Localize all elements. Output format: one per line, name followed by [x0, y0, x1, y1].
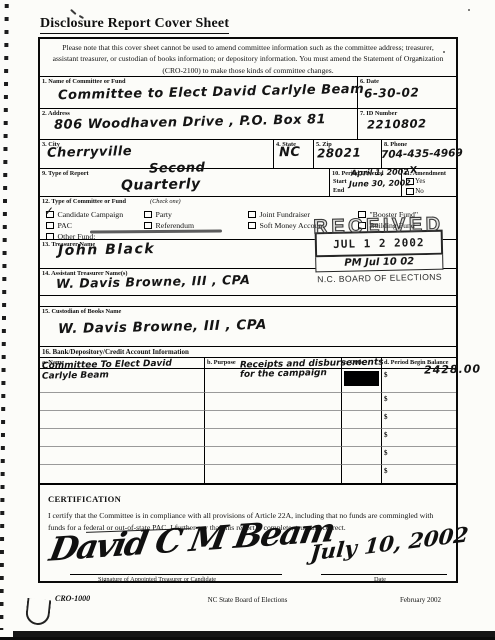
table-cell-empty [40, 393, 205, 411]
period-start-label: Start [333, 178, 347, 185]
redaction-box [344, 371, 379, 386]
report-type-value-line1: Second [149, 160, 206, 176]
table-cell-empty [342, 393, 382, 411]
option-column-2: Party Referendum [144, 209, 194, 231]
amendment-yes-mark: X [410, 165, 418, 176]
checkbox [144, 222, 152, 230]
table-cell-empty [342, 429, 382, 447]
table-cell-balance: $ [382, 447, 456, 465]
bank-balance-value: 2428.00 [424, 362, 481, 376]
footer-date: February 2002 [400, 596, 441, 604]
option-candidate-campaign: Candidate Campaign✓ [46, 209, 123, 220]
checkbox [46, 222, 54, 230]
option-label: Candidate Campaign [58, 210, 124, 219]
dollar-sign: $ [384, 413, 388, 421]
table-cell-empty [205, 447, 342, 465]
dollar-sign: $ [384, 449, 388, 457]
date-line [321, 574, 447, 575]
footer-agency: NC State Board of Elections [160, 596, 335, 604]
instruction-note: Please note that this cover sheet cannot… [40, 39, 456, 77]
option-column-1: Candidate Campaign✓ PAC Other Fund: [46, 209, 123, 242]
table-cell-empty [40, 411, 205, 429]
option-label: Party [156, 210, 172, 219]
stamp-handwritten-time: PM Jul 10 02 [315, 255, 443, 273]
table-cell-code [342, 369, 382, 393]
period-end-label: End [333, 187, 344, 194]
field-label: 12. Type of Committee or Fund [42, 198, 126, 205]
date-caption: Date [374, 576, 386, 583]
table-cell-empty [205, 393, 342, 411]
checkbox [248, 211, 256, 219]
yes-label: Yes [415, 177, 425, 185]
scanned-document-page: Disclosure Report Cover Sheet Please not… [0, 0, 495, 640]
binder-hole-marks [0, 4, 9, 630]
table-cell-empty [342, 465, 382, 483]
checkbox-no [406, 188, 414, 196]
field-label: 8. Phone [384, 141, 407, 148]
scan-speck [468, 9, 470, 11]
table-cell-empty [205, 411, 342, 429]
certification-heading: CERTIFICATION [48, 494, 121, 504]
table-cell-empty [205, 465, 342, 483]
handwritten-check-mark: ✓ [44, 204, 54, 218]
table-cell-balance: $ [382, 429, 456, 447]
table-cell-balance: $ [382, 411, 456, 429]
option-label: Referendum [156, 221, 195, 230]
city-value: Cherryville [47, 144, 132, 161]
phone-value: 704-435-4969 [381, 147, 463, 161]
page-title: Disclosure Report Cover Sheet [40, 16, 229, 34]
treasurer-value: John Black [58, 241, 155, 259]
period-start-value: April 1, 2002 [351, 167, 409, 177]
pen-u-mark [25, 598, 52, 626]
table-cell-empty [342, 411, 382, 429]
table-cell-empty [40, 465, 205, 483]
table-cell-empty [40, 447, 205, 465]
table-cell-balance: $ [382, 393, 456, 411]
bank-purpose-value-line2: for the campaign [240, 368, 327, 380]
state-value: NC [279, 145, 301, 160]
zip-value: 28021 [317, 146, 362, 161]
table-cell-empty [205, 429, 342, 447]
signature-line [70, 574, 282, 575]
dollar-sign: $ [384, 467, 388, 475]
dollar-sign: $ [384, 395, 388, 403]
table-cell-empty [40, 429, 205, 447]
signature-caption: Signature of Appointed Treasurer or Cand… [98, 576, 216, 583]
option-party: Party [144, 209, 194, 220]
date-value: 6-30-02 [364, 85, 419, 100]
field-label: 1. Name of Committee or Fund [42, 78, 125, 85]
checkbox [248, 222, 256, 230]
field-label: 7. ID Number [360, 110, 397, 117]
form-number: CRO-1000 [55, 594, 90, 603]
no-label: No [415, 187, 424, 195]
bank-section-label: 16. Bank/Depository/Credit Account Infor… [40, 347, 456, 358]
blank-line [40, 295, 456, 296]
pencil-smear-line [90, 230, 222, 233]
field-label: 2. Address [42, 110, 70, 117]
field-label: 9. Type of Report [42, 170, 89, 177]
checkbox [144, 211, 152, 219]
id-number-value: 2210802 [367, 116, 427, 131]
pen-scratch [70, 9, 76, 15]
dollar-sign: $ [384, 431, 388, 439]
bank-name-value-line2: Carlyle Beam [42, 370, 109, 381]
table-cell-balance: $ [382, 465, 456, 483]
period-end-value: June 30, 2002 [349, 178, 411, 188]
field-label: 15. Custodian of Books Name [42, 308, 121, 315]
received-stamp: RECEIVED JUL 1 2 2002 PM Jul 10 02 N.C. … [298, 213, 459, 284]
stamp-received-text: RECEIVED [298, 213, 458, 239]
table-cell-empty [342, 447, 382, 465]
option-label: PAC [58, 221, 72, 230]
report-type-value-line2: Quarterly [121, 176, 201, 194]
dollar-sign: $ [384, 371, 388, 379]
amendment-no-option: No [406, 187, 424, 195]
check-one-hint: (Check one) [150, 198, 181, 205]
